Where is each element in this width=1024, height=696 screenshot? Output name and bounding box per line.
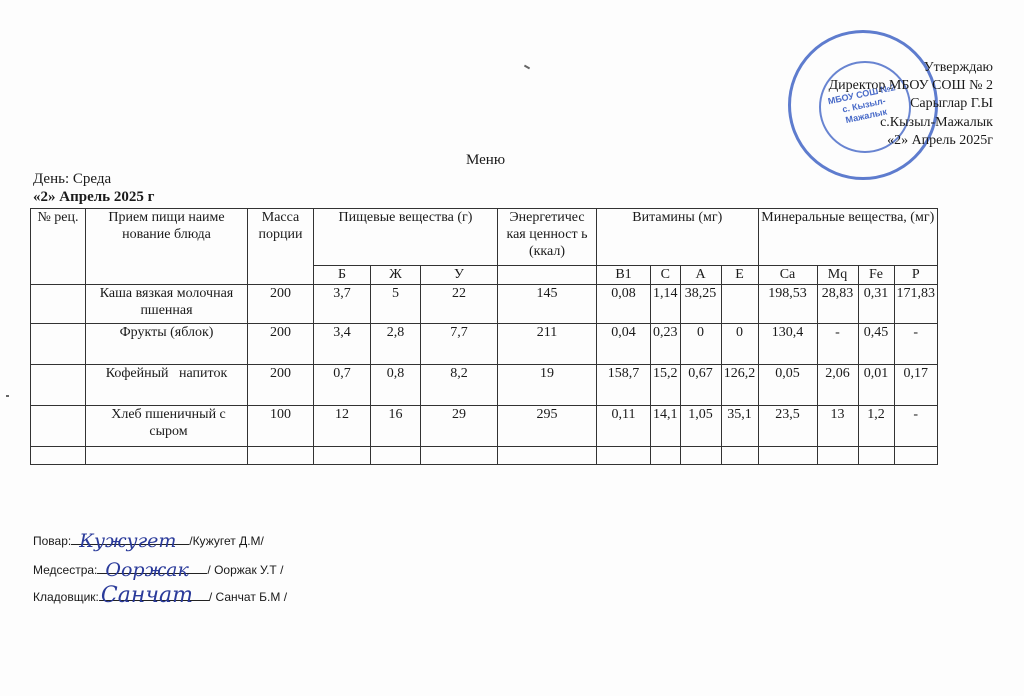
signature-role: Повар:: [33, 534, 71, 548]
cell-ca: 130,4: [758, 324, 817, 365]
subheader-p: P: [894, 266, 938, 285]
cell-rec: [31, 406, 86, 447]
cell-mass: 200: [248, 285, 314, 324]
table-row: Хлеб пшеничный с сыром 100 12 16 29 295 …: [31, 406, 938, 447]
subheader-mq: Mq: [817, 266, 858, 285]
handwritten-signature: Санчат: [101, 583, 193, 608]
header-rec-no: № рец.: [31, 209, 86, 285]
cell-fat: 2,8: [371, 324, 421, 365]
cell-rec: [31, 285, 86, 324]
cell-e: 35,1: [721, 406, 758, 447]
cell-kcal: 145: [498, 285, 597, 324]
signature-name: / Ооржак У.Т /: [207, 563, 283, 577]
cell-p: 0,17: [894, 365, 938, 406]
cell-dish-name: Каша вязкая молочная пшенная: [86, 285, 248, 324]
cell-kcal: 19: [498, 365, 597, 406]
empty-cell: [421, 447, 498, 465]
cell-protein: 0,7: [314, 365, 371, 406]
header-meal-name: Прием пищи наиме нование блюда: [86, 209, 248, 285]
empty-cell: [858, 447, 894, 465]
header-nutrients: Пищевые вещества (г): [314, 209, 498, 266]
scan-speck: [524, 65, 530, 70]
cell-a: 0: [680, 324, 721, 365]
subheader-fe: Fe: [858, 266, 894, 285]
signature-role: Медсестра:: [33, 563, 97, 577]
cell-e: 126,2: [721, 365, 758, 406]
signature-storekeeper: Кладовщик:Санчат/ Санчат Б.М /: [33, 590, 287, 604]
signature-nurse: Медсестра:Ооржак/ Ооржак У.Т /: [33, 563, 283, 577]
empty-cell: [86, 447, 248, 465]
cell-p: -: [894, 406, 938, 447]
empty-cell: [31, 447, 86, 465]
cell-mass: 200: [248, 324, 314, 365]
subheader-b1: B1: [597, 266, 651, 285]
cell-carbs: 8,2: [421, 365, 498, 406]
cell-p: -: [894, 324, 938, 365]
subheader-energy-blank: [498, 266, 597, 285]
cell-mq: 2,06: [817, 365, 858, 406]
cell-dish-name: Хлеб пшеничный с сыром: [86, 406, 248, 447]
cell-a: 38,25: [680, 285, 721, 324]
cell-kcal: 295: [498, 406, 597, 447]
cell-c: 14,1: [651, 406, 681, 447]
cell-carbs: 22: [421, 285, 498, 324]
cell-mass: 100: [248, 406, 314, 447]
cell-mq: 13: [817, 406, 858, 447]
cell-ca: 0,05: [758, 365, 817, 406]
handwritten-signature: Кужугет: [79, 530, 176, 552]
empty-cell: [721, 447, 758, 465]
document-title: Меню: [466, 152, 505, 169]
cell-fe: 0,31: [858, 285, 894, 324]
header-minerals: Минеральные вещества, (мг): [758, 209, 938, 266]
cell-b1: 0,11: [597, 406, 651, 447]
cell-a: 0,67: [680, 365, 721, 406]
empty-cell: [597, 447, 651, 465]
cell-protein: 12: [314, 406, 371, 447]
empty-cell: [680, 447, 721, 465]
empty-cell: [371, 447, 421, 465]
cell-e: [721, 285, 758, 324]
table-row-empty: [31, 447, 938, 465]
table-row: Кофейный напиток 200 0,7 0,8 8,2 19 158,…: [31, 365, 938, 406]
cell-b1: 0,04: [597, 324, 651, 365]
cell-b1: 0,08: [597, 285, 651, 324]
header-portion: Масса порции: [248, 209, 314, 285]
cell-protein: 3,7: [314, 285, 371, 324]
empty-cell: [894, 447, 938, 465]
cell-dish-name: Кофейный напиток: [86, 365, 248, 406]
signature-name: /Кужугет Д.М/: [189, 534, 264, 548]
header-energy: Энергетичес кая ценност ь (ккал): [498, 209, 597, 266]
cell-fat: 5: [371, 285, 421, 324]
day-label: День: Среда: [33, 171, 111, 188]
subheader-b: Б: [314, 266, 371, 285]
empty-cell: [651, 447, 681, 465]
approval-line-4: с.Кызыл-Мажалык: [880, 113, 993, 133]
cell-b1: 158,7: [597, 365, 651, 406]
signature-cook: Повар:Кужугет/Кужугет Д.М/: [33, 534, 264, 548]
subheader-a: A: [680, 266, 721, 285]
date-label: «2» Апрель 2025 г: [33, 189, 154, 206]
header-row: № рец. Прием пищи наиме нование блюда Ма…: [31, 209, 938, 266]
subheader-zh: Ж: [371, 266, 421, 285]
cell-dish-name: Фрукты (яблок): [86, 324, 248, 365]
approval-line-1: Утверждаю: [924, 58, 993, 78]
cell-carbs: 29: [421, 406, 498, 447]
cell-ca: 198,53: [758, 285, 817, 324]
cell-c: 0,23: [651, 324, 681, 365]
cell-e: 0: [721, 324, 758, 365]
cell-mq: -: [817, 324, 858, 365]
cell-fat: 16: [371, 406, 421, 447]
cell-rec: [31, 324, 86, 365]
subheader-ca: Ca: [758, 266, 817, 285]
cell-mass: 200: [248, 365, 314, 406]
signature-role: Кладовщик:: [33, 590, 99, 604]
cell-fe: 0,45: [858, 324, 894, 365]
signature-name: / Санчат Б.М /: [209, 590, 287, 604]
handwritten-signature: Ооржак: [105, 559, 188, 581]
table-row: Фрукты (яблок) 200 3,4 2,8 7,7 211 0,04 …: [31, 324, 938, 365]
cell-a: 1,05: [680, 406, 721, 447]
approval-line-5: «2» Апрель 2025г: [887, 131, 993, 151]
subheader-u: У: [421, 266, 498, 285]
cell-c: 1,14: [651, 285, 681, 324]
cell-p: 171,83: [894, 285, 938, 324]
cell-kcal: 211: [498, 324, 597, 365]
menu-table: № рец. Прием пищи наиме нование блюда Ма…: [30, 208, 938, 465]
header-vitamins: Витамины (мг): [597, 209, 759, 266]
cell-ca: 23,5: [758, 406, 817, 447]
subheader-e: E: [721, 266, 758, 285]
subheader-c: C: [651, 266, 681, 285]
cell-mq: 28,83: [817, 285, 858, 324]
cell-carbs: 7,7: [421, 324, 498, 365]
empty-cell: [498, 447, 597, 465]
approval-line-2: Директор МБОУ СОШ № 2: [829, 76, 993, 96]
empty-cell: [314, 447, 371, 465]
empty-cell: [817, 447, 858, 465]
cell-protein: 3,4: [314, 324, 371, 365]
cell-rec: [31, 365, 86, 406]
empty-cell: [758, 447, 817, 465]
cell-c: 15,2: [651, 365, 681, 406]
cell-fe: 0,01: [858, 365, 894, 406]
cell-fe: 1,2: [858, 406, 894, 447]
scan-speck: [6, 395, 9, 397]
approval-line-3: Сарыглар Г.Ы: [910, 94, 993, 114]
table-row: Каша вязкая молочная пшенная 200 3,7 5 2…: [31, 285, 938, 324]
cell-fat: 0,8: [371, 365, 421, 406]
empty-cell: [248, 447, 314, 465]
